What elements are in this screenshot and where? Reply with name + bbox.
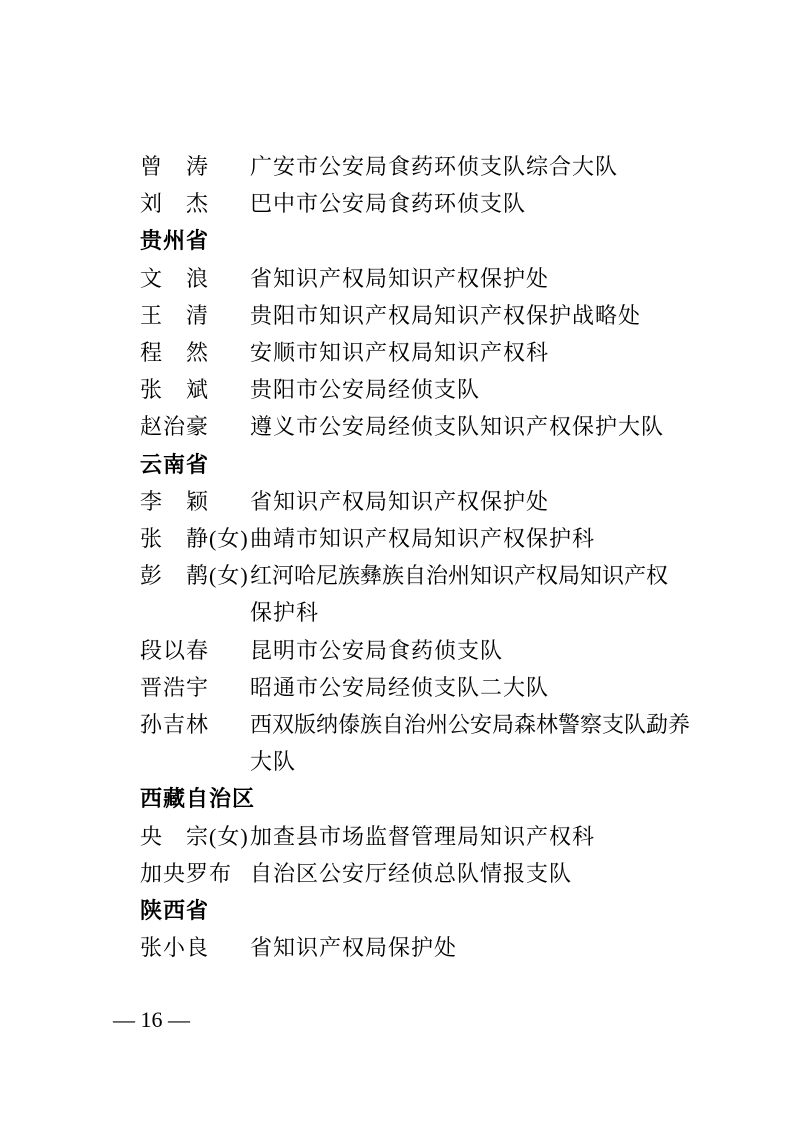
organization: 昭通市公安局经侦支队二大队 — [250, 669, 700, 706]
person-name: 赵治豪 — [140, 414, 209, 439]
organization: 西双版纳傣族自治州公安局森林警察支队勐养大队 — [250, 706, 700, 780]
organization-line: 巴中市公安局食药环侦支队 — [250, 185, 700, 222]
organization-line: 大队 — [250, 743, 700, 780]
roster-row: 文 浪 省知识产权局知识产权保护处 — [140, 260, 700, 297]
person-name-cell: 赵治豪 — [140, 408, 250, 445]
roster-row: 加央罗布 自治区公安厅经侦总队情报支队 — [140, 855, 700, 892]
organization-line: 省知识产权局保护处 — [250, 929, 700, 966]
organization-line: 安顺市知识产权局知识产权科 — [250, 334, 700, 371]
person-name-cell: 张小良 — [140, 929, 250, 966]
organization-line: 省知识产权局知识产权保护处 — [250, 483, 700, 520]
organization-line: 遵义市公安局经侦支队知识产权保护大队 — [250, 408, 700, 445]
page-number: — 16 — — [113, 1002, 190, 1038]
organization-line: 保护科 — [250, 594, 700, 631]
organization-line: 自治区公安厅经侦总队情报支队 — [250, 855, 700, 892]
organization: 曲靖市知识产权局知识产权保护科 — [250, 520, 700, 557]
roster-row: 孙吉林 西双版纳傣族自治州公安局森林警察支队勐养大队 — [140, 706, 700, 780]
person-name-cell: 张 斌 — [140, 371, 250, 408]
roster-row: 段以春 昆明市公安局食药侦支队 — [140, 632, 700, 669]
organization-line: 红河哈尼族彝族自治州知识产权局知识产权 — [250, 557, 700, 594]
roster-row: 刘 杰 巴中市公安局食药环侦支队 — [140, 185, 700, 222]
person-name-cell: 曾 涛 — [140, 148, 250, 185]
roster-row: 张 静(女) 曲靖市知识产权局知识产权保护科 — [140, 520, 700, 557]
person-name: 曾 涛 — [140, 154, 209, 179]
person-name-cell: 央 宗(女) — [140, 818, 250, 855]
person-name: 张 静 — [140, 526, 209, 551]
organization-line: 省知识产权局知识产权保护处 — [250, 260, 700, 297]
person-name: 程 然 — [140, 340, 209, 365]
province-heading: 云南省 — [140, 446, 700, 483]
roster-list: 曾 涛 广安市公安局食药环侦支队综合大队 刘 杰 巴中市公安局食药环侦支队 贵州… — [140, 148, 700, 966]
document-page: 曾 涛 广安市公安局食药环侦支队综合大队 刘 杰 巴中市公安局食药环侦支队 贵州… — [0, 0, 793, 1122]
organization-line: 昆明市公安局食药侦支队 — [250, 632, 700, 669]
organization: 自治区公安厅经侦总队情报支队 — [250, 855, 700, 892]
gender-suffix: (女) — [209, 824, 249, 849]
organization-line: 昭通市公安局经侦支队二大队 — [250, 669, 700, 706]
organization: 省知识产权局保护处 — [250, 929, 700, 966]
organization-line: 加查县市场监督管理局知识产权科 — [250, 818, 700, 855]
roster-row: 央 宗(女) 加查县市场监督管理局知识产权科 — [140, 818, 700, 855]
person-name-cell: 程 然 — [140, 334, 250, 371]
organization: 贵阳市知识产权局知识产权保护战略处 — [250, 297, 700, 334]
organization-line: 贵阳市知识产权局知识产权保护战略处 — [250, 297, 700, 334]
organization-line: 广安市公安局食药环侦支队综合大队 — [250, 148, 700, 185]
roster-row: 晋浩宇 昭通市公安局经侦支队二大队 — [140, 669, 700, 706]
organization: 安顺市知识产权局知识产权科 — [250, 334, 700, 371]
organization: 红河哈尼族彝族自治州知识产权局知识产权保护科 — [250, 557, 700, 631]
province-heading: 陕西省 — [140, 892, 700, 929]
person-name: 李 颖 — [140, 489, 209, 514]
roster-row: 程 然 安顺市知识产权局知识产权科 — [140, 334, 700, 371]
person-name-cell: 张 静(女) — [140, 520, 250, 557]
roster-row: 张小良 省知识产权局保护处 — [140, 929, 700, 966]
roster-row: 赵治豪 遵义市公安局经侦支队知识产权保护大队 — [140, 408, 700, 445]
person-name: 段以春 — [140, 638, 209, 663]
organization-line: 曲靖市知识产权局知识产权保护科 — [250, 520, 700, 557]
roster-row: 彭 䴖(女) 红河哈尼族彝族自治州知识产权局知识产权保护科 — [140, 557, 700, 631]
person-name: 王 清 — [140, 303, 209, 328]
roster-row: 李 颖 省知识产权局知识产权保护处 — [140, 483, 700, 520]
person-name-cell: 彭 䴖(女) — [140, 557, 250, 594]
province-heading: 贵州省 — [140, 222, 700, 259]
organization: 昆明市公安局食药侦支队 — [250, 632, 700, 669]
person-name: 刘 杰 — [140, 191, 209, 216]
gender-suffix: (女) — [209, 563, 249, 588]
organization: 省知识产权局知识产权保护处 — [250, 483, 700, 520]
organization: 巴中市公安局食药环侦支队 — [250, 185, 700, 222]
organization: 贵阳市公安局经侦支队 — [250, 371, 700, 408]
roster-row: 张 斌 贵阳市公安局经侦支队 — [140, 371, 700, 408]
roster-row: 曾 涛 广安市公安局食药环侦支队综合大队 — [140, 148, 700, 185]
person-name-cell: 加央罗布 — [140, 855, 250, 892]
person-name: 文 浪 — [140, 266, 209, 291]
person-name: 晋浩宇 — [140, 675, 209, 700]
person-name: 张小良 — [140, 935, 209, 960]
person-name-cell: 王 清 — [140, 297, 250, 334]
organization: 省知识产权局知识产权保护处 — [250, 260, 700, 297]
person-name-cell: 文 浪 — [140, 260, 250, 297]
person-name: 张 斌 — [140, 377, 209, 402]
person-name: 彭 䴖 — [140, 563, 209, 588]
person-name-cell: 段以春 — [140, 632, 250, 669]
person-name: 加央罗布 — [140, 861, 232, 886]
person-name: 孙吉林 — [140, 712, 209, 737]
organization-line: 西双版纳傣族自治州公安局森林警察支队勐养 — [250, 706, 700, 743]
province-heading: 西藏自治区 — [140, 780, 700, 817]
organization-line: 贵阳市公安局经侦支队 — [250, 371, 700, 408]
person-name: 央 宗 — [140, 824, 209, 849]
person-name-cell: 晋浩宇 — [140, 669, 250, 706]
person-name-cell: 刘 杰 — [140, 185, 250, 222]
organization: 遵义市公安局经侦支队知识产权保护大队 — [250, 408, 700, 445]
roster-row: 王 清 贵阳市知识产权局知识产权保护战略处 — [140, 297, 700, 334]
person-name-cell: 孙吉林 — [140, 706, 250, 743]
organization: 加查县市场监督管理局知识产权科 — [250, 818, 700, 855]
organization: 广安市公安局食药环侦支队综合大队 — [250, 148, 700, 185]
gender-suffix: (女) — [209, 526, 249, 551]
person-name-cell: 李 颖 — [140, 483, 250, 520]
